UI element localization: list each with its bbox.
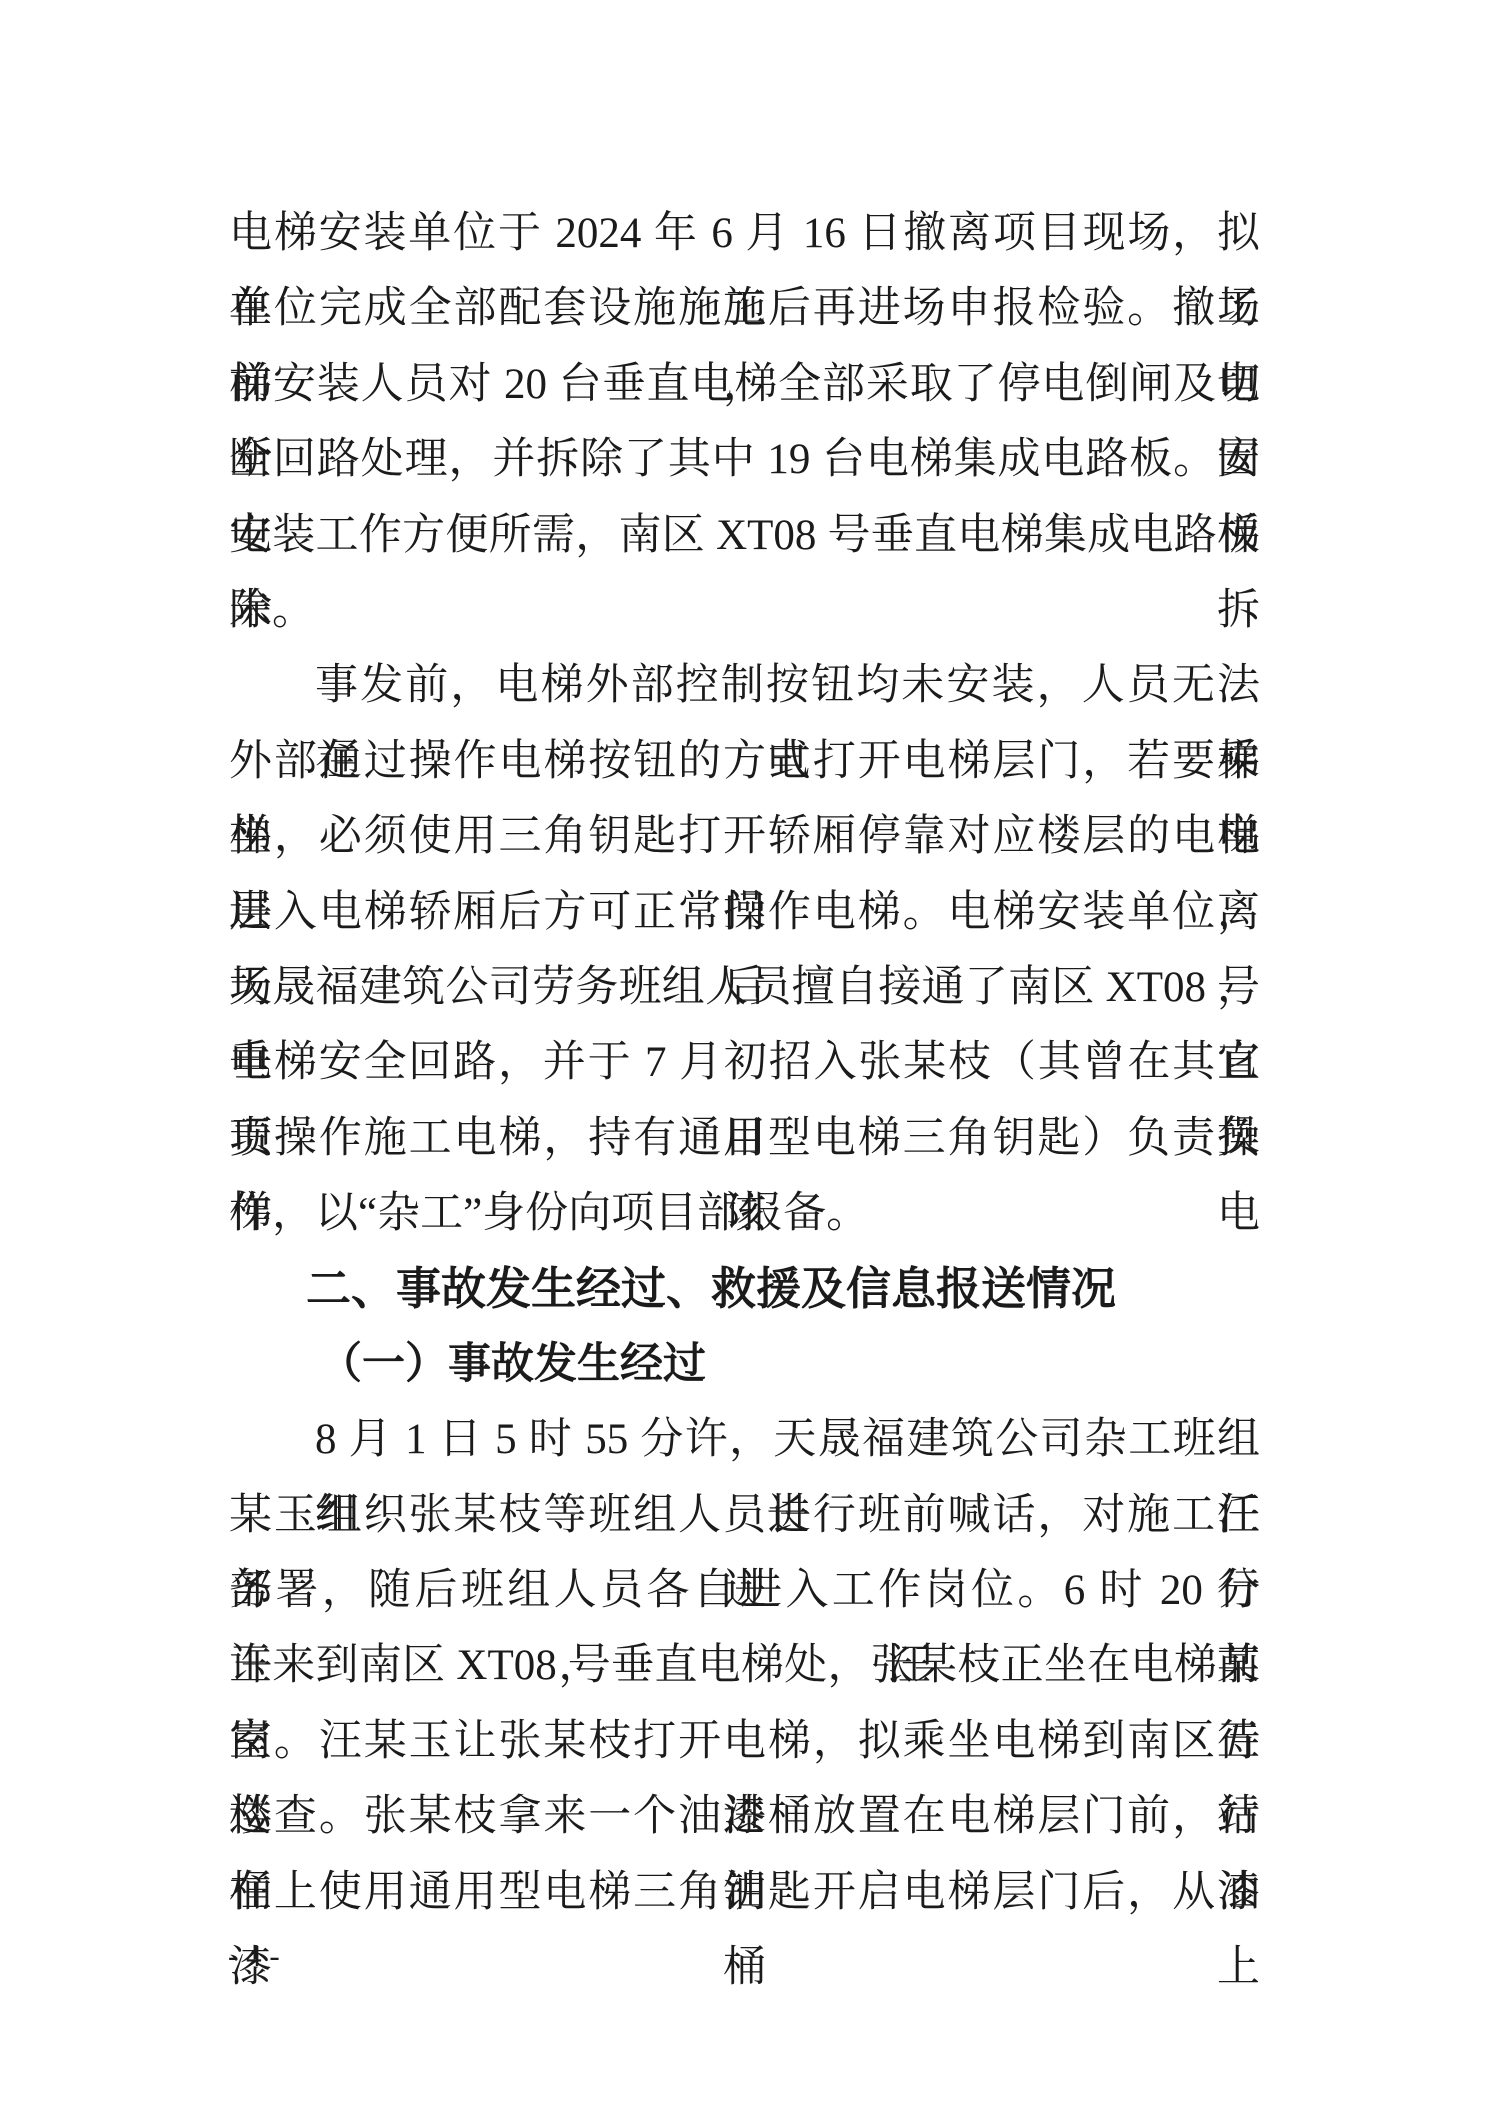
body-line: 全回路处理，并拆除了其中 19 台电梯集成电路板。因电梯: [229, 422, 1260, 497]
document-body: 电梯安装单位于 2024 年 6 月 16 日撤离项目现场，拟在施工 单位完成全…: [229, 196, 1260, 1930]
body-line: 安装工作方便所需，南区 XT08 号垂直电梯集成电路板未拆: [229, 498, 1260, 573]
body-line: 责操作施工电梯，持有通用型电梯三角钥匙）负责操作该电: [229, 1101, 1260, 1176]
page-number: - 4 -: [228, 1938, 280, 1974]
body-line: 外部通过操作电梯按钮的方式打开电梯层门，若要乘坐电: [229, 724, 1260, 799]
body-line: 电梯安全回路，并于 7 月初招入张某枝（其曾在其它项目负: [229, 1025, 1260, 1100]
body-line-paragraph-start: 8 月 1 日 5 时 55 分许，天晟福建筑公司杂工班组组长汪: [229, 1402, 1260, 1477]
body-line: 巡查。张某枝拿来一个油漆桶放置在电梯层门前，站在油漆: [229, 1779, 1260, 1854]
body-line: 部署，随后班组人员各自进入工作岗位。6 时 20 分许，汪某: [229, 1553, 1260, 1628]
body-line: 岗。汪某玉让张某枝打开电梯，拟乘坐电梯到南区五楼进行: [229, 1704, 1260, 1779]
body-line: 单位完成全部配套设施施工后再进场申报检验。撤场前，电: [229, 271, 1260, 346]
body-line: 梯，必须使用三角钥匙打开轿厢停靠对应楼层的电梯层门，: [229, 799, 1260, 874]
subsection-heading: （一）事故发生经过: [229, 1327, 1260, 1402]
document-page: 电梯安装单位于 2024 年 6 月 16 日撤离项目现场，拟在施工 单位完成全…: [0, 0, 1487, 2104]
body-line: 玉来到南区 XT08 号垂直电梯处，张某枝正坐在电梯前室待: [229, 1628, 1260, 1703]
body-line: 电梯安装单位于 2024 年 6 月 16 日撤离项目现场，拟在施工: [229, 196, 1260, 271]
body-line-paragraph-start: 事发前，电梯外部控制按钮均未安装，人员无法在电梯: [229, 648, 1260, 723]
body-line: 梯安装人员对 20 台垂直电梯全部采取了停电倒闸及切断安: [229, 347, 1260, 422]
body-line: 进入电梯轿厢后方可正常操作电梯。电梯安装单位离场后，: [229, 875, 1260, 950]
body-line: 天晟福建筑公司劳务班组人员擅自接通了南区 XT08 号垂直: [229, 950, 1260, 1025]
section-heading: 二、事故发生经过、救援及信息报送情况: [229, 1251, 1260, 1326]
body-line: 某玉组织张某枝等班组人员进行班前喊话，对施工任务进行: [229, 1478, 1260, 1553]
body-line: 桶上使用通用型电梯三角钥匙开启电梯层门后，从油漆桶上: [229, 1855, 1260, 1930]
